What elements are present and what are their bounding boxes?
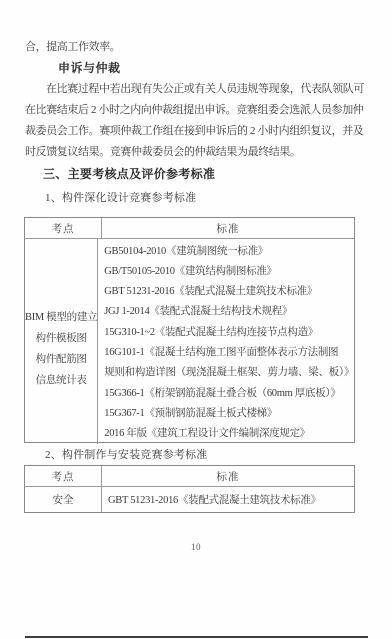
standard-cell: GBT 51231-2016《装配式混凝土建筑技术标准》 [102, 487, 354, 512]
standard-line: 15G366-1《桁架钢筋混凝土叠合板（60mm 厚底板）》 [104, 384, 354, 404]
point-line: 构件配筋图 [36, 349, 87, 370]
standards-cell: GB50104-2010《建筑制图统一标准》 GB/T50105-2010《建筑… [98, 239, 356, 444]
paragraph-line: 在比赛结束后 2 小时之内向仲裁组提出申诉。竞赛组委会选派人员参加仲 [25, 100, 370, 121]
subsection-1-title: 1、构件深化设计竞赛参考标准 [45, 188, 196, 208]
standard-line: 规则和构造详图（现浇混凝土框架、剪力墙、梁、板）》 [104, 363, 354, 383]
subsection-2-title: 2、构件制作与安装竞赛参考标准 [45, 445, 208, 465]
standard-line: 15G367-1《预制钢筋混凝土板式楼梯》 [104, 404, 354, 424]
header-cell-point: 考点 [25, 466, 102, 486]
point-line: 信息统计表 [36, 370, 87, 391]
table-header-row: 考点 标准 [25, 218, 354, 239]
standard-line: 15G310-1~2《装配式混凝土结构连接节点构造》 [104, 323, 354, 343]
design-standards-table: 考点 标准 BIM 模型的建立 构件模板图 构件配筋图 信息统计表 GB5010… [24, 217, 355, 443]
table-row: 安全 GBT 51231-2016《装配式混凝土建筑技术标准》 [25, 487, 354, 512]
paragraph-line: 在比赛过程中若出现有失公正或有关人员违规等现象，代表队领队可 [25, 79, 370, 100]
header-cell-point: 考点 [25, 218, 102, 238]
standard-line: GBT 51231-2016《装配式混凝土建筑技术标准》 [104, 282, 354, 302]
standard-line: 16G101-1《混凝土结构施工图平面整体表示方法制图 [104, 343, 354, 363]
footer-divider [25, 636, 368, 638]
paragraph-line: 时反馈复议结果。竞赛仲裁委员会的仲裁结果为最终结果。 [25, 142, 370, 163]
point-line: BIM 模型的建立 [25, 307, 97, 328]
page-number: 10 [0, 542, 392, 552]
table-row: BIM 模型的建立 构件模板图 构件配筋图 信息统计表 GB50104-2010… [25, 239, 354, 444]
header-cell-standard: 标准 [102, 218, 354, 238]
standard-line: 2016 年版《建筑工程设计文件编制深度规定》 [104, 424, 354, 444]
document-page: 合，提高工作效率。 申诉与仲裁 在比赛过程中若出现有失公正或有关人员违规等现象，… [0, 0, 392, 639]
appeal-heading: 申诉与仲裁 [25, 58, 370, 79]
table-header-row: 考点 标准 [25, 466, 354, 487]
section-heading: 三、主要考核点及评价参考标准 [43, 164, 215, 185]
paragraph-line: 合，提高工作效率。 [25, 37, 370, 58]
standard-line: JGJ 1-2014《装配式混凝土结构技术规程》 [104, 302, 354, 322]
standard-line: GB/T50105-2010《建筑结构制图标准》 [104, 262, 354, 282]
point-line: 构件模板图 [36, 328, 87, 349]
installation-standards-table: 考点 标准 安全 GBT 51231-2016《装配式混凝土建筑技术标准》 [24, 465, 355, 513]
appeal-paragraph: 合，提高工作效率。 申诉与仲裁 在比赛过程中若出现有失公正或有关人员违规等现象，… [25, 37, 370, 163]
point-cell: BIM 模型的建立 构件模板图 构件配筋图 信息统计表 [25, 239, 98, 444]
paragraph-line: 裁委员会工作。赛项仲裁工作组在接到申诉后的 2 小时内组织复议，并及 [25, 121, 370, 142]
standard-line: GB50104-2010《建筑制图统一标准》 [104, 242, 354, 262]
point-cell: 安全 [25, 487, 102, 512]
header-cell-standard: 标准 [102, 466, 354, 486]
